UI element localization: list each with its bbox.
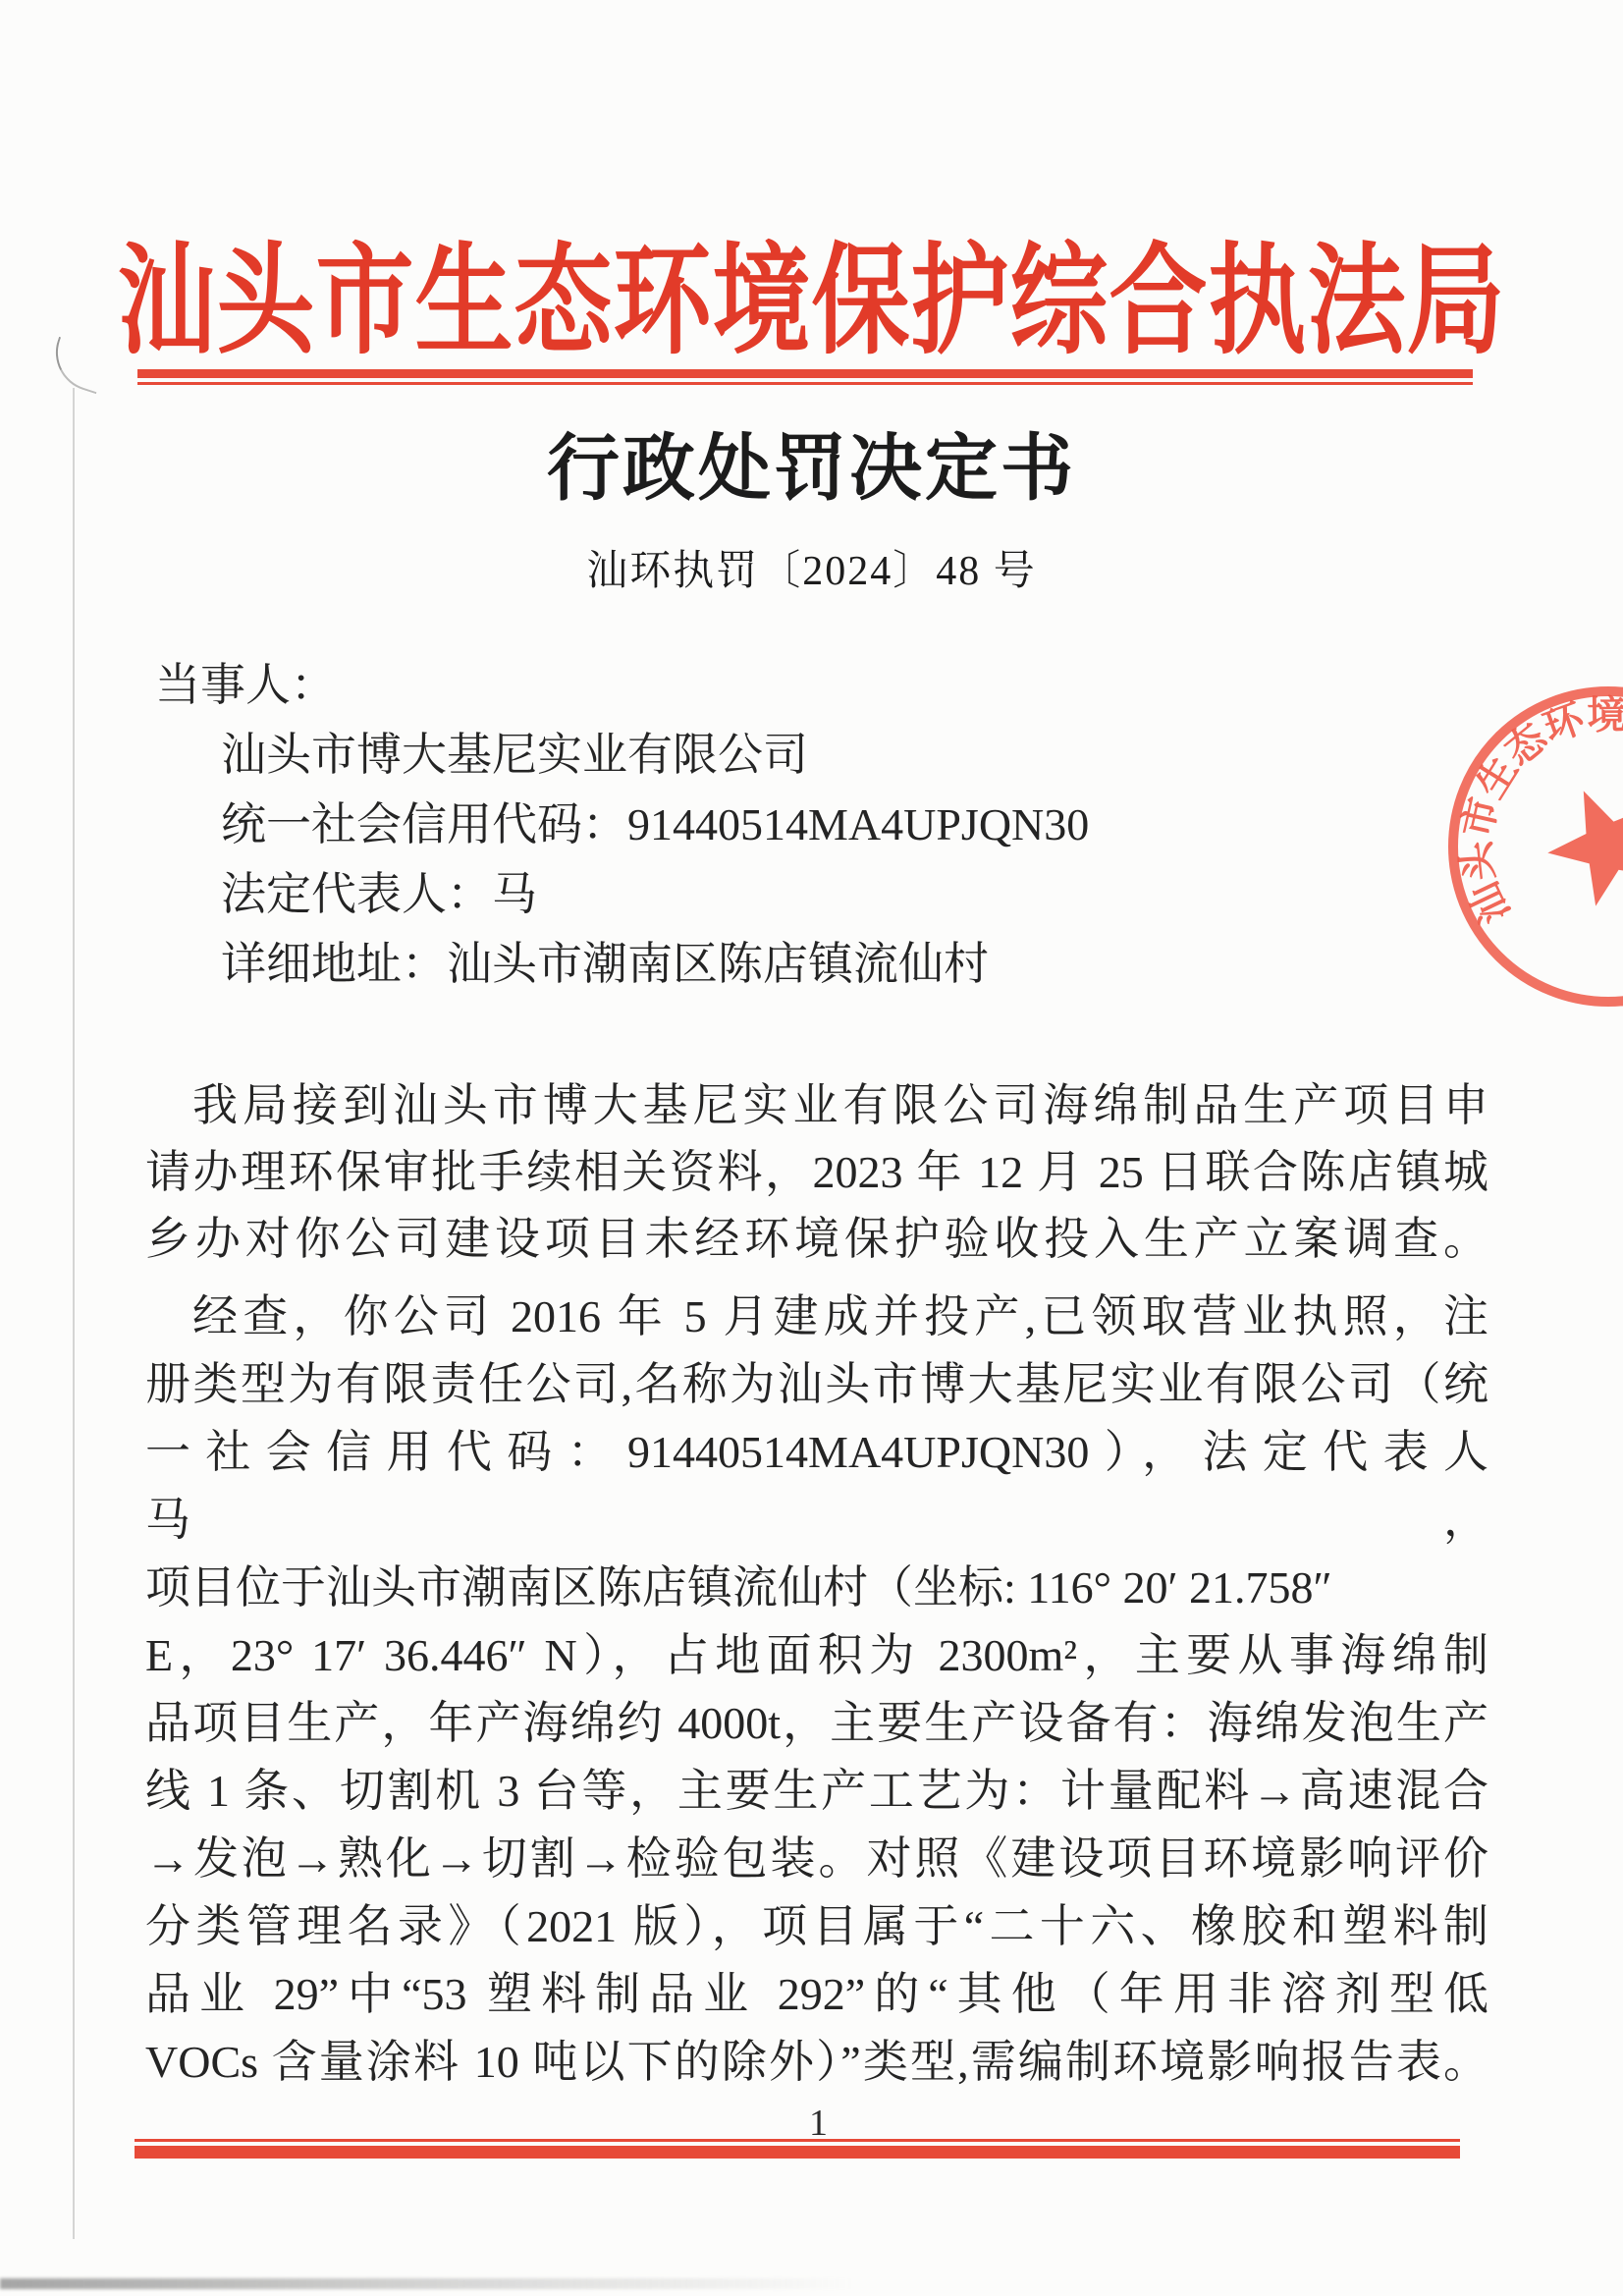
party-address: 详细地址：汕头市潮南区陈店镇流仙村 xyxy=(145,929,1488,999)
left-scan-line-artifact xyxy=(73,388,75,2239)
paragraph-1: 我局接到汕头市博大基尼实业有限公司海绵制品生产项目申 请办理环保审批手续相关资料… xyxy=(145,1072,1488,1273)
party-company-name: 汕头市博大基尼实业有限公司 xyxy=(145,720,1488,790)
body-line: 分类管理名录》（2021 版），项目属于“二十六、橡胶和塑料制 xyxy=(145,1892,1488,1960)
body-line: 项目位于汕头市潮南区陈店镇流仙村（坐标: 116° 20′ 21.758″ xyxy=(145,1554,1488,1621)
party-label: 当事人： xyxy=(145,650,1488,720)
document-body: 当事人： 汕头市博大基尼实业有限公司 统一社会信用代码：91440514MA4U… xyxy=(145,650,1488,2096)
document-page: 汕头市生态环境保护综合执法局 行政处罚决定书 汕环执罚〔2024〕48 号 当事… xyxy=(0,0,1623,2296)
body-line: 一社会信用代码：91440514MA4UPJQN30），法定代表人马 ， xyxy=(145,1418,1488,1554)
document-number: 汕环执罚〔2024〕48 号 xyxy=(0,538,1623,597)
body-line: 线 1 条、切割机 3 台等，主要生产工艺为：计量配料→高速混合 xyxy=(145,1757,1488,1825)
document-title: 行政处罚决定书 xyxy=(0,410,1623,515)
body-line: →发泡→熟化→切割→检验包装。对照《建设项目环境影响评价 xyxy=(145,1825,1488,1892)
body-line: 品项目生产，年产海绵约 4000t，主要生产设备有：海绵发泡生产 xyxy=(145,1689,1488,1757)
separator-thick-rule xyxy=(137,369,1473,378)
body-line: 册类型为有限责任公司,名称为汕头市博大基尼实业有限公司（统 xyxy=(145,1350,1488,1418)
paragraph-2: 经查，你公司 2016 年 5 月建成并投产,已领取营业执照，注 册类型为有限责… xyxy=(145,1283,1488,2096)
body-line: 我局接到汕头市博大基尼实业有限公司海绵制品生产项目申 xyxy=(145,1072,1488,1139)
footer-separator-line xyxy=(135,2139,1460,2159)
party-block: 当事人： 汕头市博大基尼实业有限公司 统一社会信用代码：91440514MA4U… xyxy=(145,650,1488,999)
body-line: VOCs 含量涂料 10 吨以下的除外）”类型,需编制环境影响报告表。 xyxy=(145,2028,1488,2096)
party-legal-representative: 法定代表人：马 xyxy=(145,859,1488,929)
body-line: 乡办对你公司建设项目未经环境保护验收投入生产立案调查。 xyxy=(145,1206,1488,1273)
separator-thin-rule xyxy=(137,382,1473,385)
body-line: 请办理环保审批手续相关资料，2023 年 12 月 25 日联合陈店镇城 xyxy=(145,1139,1488,1206)
seal-star-icon xyxy=(1531,767,1623,914)
footer-thick-rule xyxy=(135,2146,1460,2159)
official-seal: 汕头市生态环境保护综合执法局 xyxy=(1441,680,1623,1013)
letterhead-separator-line xyxy=(137,369,1473,385)
agency-header-title: 汕头市生态环境保护综合执法局 xyxy=(0,204,1623,377)
party-credit-code: 统一社会信用代码：91440514MA4UPJQN30 xyxy=(145,790,1488,859)
body-line: 经查，你公司 2016 年 5 月建成并投产,已领取营业执照，注 xyxy=(145,1283,1488,1350)
body-line: 品业 29”中“53 塑料制品业 292”的“其他（年用非溶剂型低 xyxy=(145,1960,1488,2028)
body-line: E，23° 17′ 36.446″ N），占地面积为 2300m²，主要从事海绵… xyxy=(145,1621,1488,1689)
bottom-scan-shadow-artifact xyxy=(0,2278,854,2289)
